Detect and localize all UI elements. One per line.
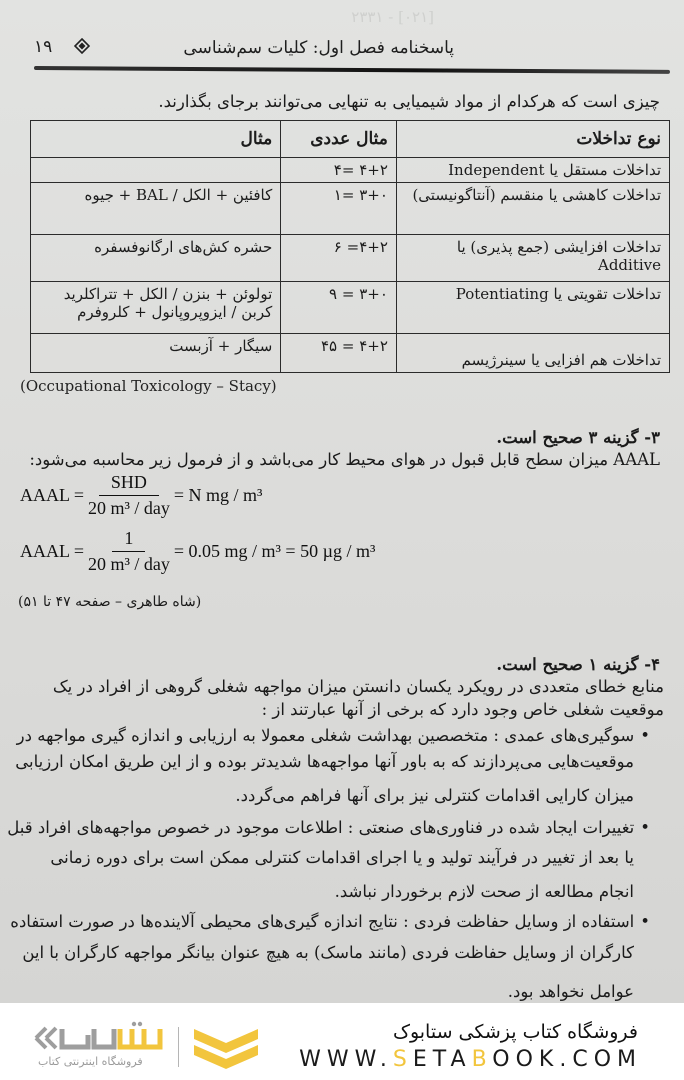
table-citation: (Occupational Toxicology – Stacy) [20,377,277,395]
book-page-photo: [۰۲۱] - ۲۳۳۱ پاسخنامه فصل اول: کلیات سم‌… [0,0,684,1003]
cell-example: سیگار + آزبست [31,334,281,373]
eq1-rhs: = N mg / m³ [174,485,263,506]
cell-numeric: ۳+۰ =۱ [281,183,397,235]
eq2-numerator: 1 [112,528,145,552]
bullet-line: یا بعد از تغییر در فرآیند تولید و یا اجر… [50,848,634,867]
bullet-line: تغییرات ایجاد شده در فناوری‌های صنعتی : … [7,818,650,837]
header-example: مثال [31,121,281,158]
cell-numeric: ۴+۲= ۶ [281,235,397,282]
table-row: تداخلات تقویتی یا Potentiating ۳+۰ = ۹ ت… [31,282,670,334]
cell-numeric: ۴+۲ = ۴۵ [281,334,397,373]
eq2-rhs: = 0.05 mg / m³ = 50 µg / m³ [174,541,375,562]
interactions-table: نوع تداخلات مثال عددی مثال تداخلات مستقل… [30,120,670,373]
header-rule [34,66,670,74]
table-row: تداخلات افزایشی (جمع پذیری) یا Additive … [31,235,670,282]
cell-type: تداخلات مستقل یا Independent [396,158,669,183]
bullet-line: انجام مطالعه از صحت لازم برخوردار نباشد. [335,882,634,901]
bullet-line: سوگیری‌های عمدی : متخصصین بهداشت شغلی مع… [17,726,650,745]
cell-example: تولوئن + بنزن / الکل + تتراکلرید کربن / … [31,282,281,334]
cell-example: حشره کش‌های ارگانوفسفره [31,235,281,282]
bullet-line: موقعیت‌هایی می‌پردازند که به باور آنها م… [15,752,634,771]
eq1-lhs: AAAL = [20,485,84,506]
page-header: پاسخنامه فصل اول: کلیات سم‌شناسی ۱۹ [0,34,684,66]
url-part-highlight: S [393,1047,413,1072]
cell-example [31,158,281,183]
answer4-line: موقعیت شغلی خاص وجود دارد که برخی از آنه… [262,700,664,719]
bullet-line: کارگران از وسایل حفاظت فردی (مانند ماسک)… [22,943,634,962]
answer3-heading: ۳- گزینه ۳ صحیح است. [496,428,660,447]
shop-url-link[interactable]: WWW.SETABOOK.COM [299,1047,642,1072]
url-part: OOK.COM [492,1047,642,1072]
chevron-logo-icon [192,1025,260,1073]
bullet-line: عوامل نخواهد بود. [508,982,634,1001]
answer4-heading: ۴- گزینه ۱ صحیح است. [496,655,660,674]
setabook-wordmark-logo [32,1021,172,1055]
page-number: ۱۹ [34,37,52,57]
equation-2: AAAL = 1 20 m³ / day = 0.05 mg / m³ = 50… [20,528,375,575]
eq1-numerator: SHD [99,472,159,496]
table-row: تداخلات کاهشی یا منقسم (آنتاگونیستی) ۳+۰… [31,183,670,235]
url-part: WWW. [299,1047,393,1072]
eq2-denominator: 20 m³ / day [88,552,170,575]
cell-type: تداخلات تقویتی یا Potentiating [396,282,669,334]
answer3-text: AAAL میزان سطح قابل قبول در هوای محیط کا… [29,450,660,469]
cell-type: تداخلات افزایشی (جمع پذیری) یا Additive [396,235,669,282]
diamond-icon [74,38,90,54]
table-header-row: نوع تداخلات مثال عددی مثال [31,121,670,158]
logo-divider [178,1027,179,1067]
bullet-line: استفاده از وسایل حفاظت فردی : نتایج اندا… [10,912,650,931]
chapter-title: پاسخنامه فصل اول: کلیات سم‌شناسی [183,38,454,58]
logo-subtitle: فروشگاه اینترنتی کتاب [38,1055,143,1068]
intro-line: چیزی است که هرکدام از مواد شیمیایی به تن… [158,92,660,111]
eq1-denominator: 20 m³ / day [88,496,170,519]
cell-example: کافئین + الکل / BAL + جیوه [31,183,281,235]
store-footer: فروشگاه اینترنتی کتاب فروشگاه کتاب پزشکی… [0,1003,684,1080]
table-row: تداخلات هم افزایی یا سینرژیسم ۴+۲ = ۴۵ س… [31,334,670,373]
cell-type: تداخلات هم افزایی یا سینرژیسم [396,334,669,373]
bleed-through-text: [۰۲۱] - ۲۳۳۱ [351,8,434,26]
shop-name: فروشگاه کتاب پزشکی ستابوک [393,1021,638,1043]
table-row: تداخلات مستقل یا Independent ۴+۲ =۴ [31,158,670,183]
eq2-lhs: AAAL = [20,541,84,562]
bullet-line: میزان کارایی اقدامات کنترلی نیز برای آنه… [235,786,634,805]
cell-numeric: ۳+۰ = ۹ [281,282,397,334]
cell-type: تداخلات کاهشی یا منقسم (آنتاگونیستی) [396,183,669,235]
answer3-citation: (شاه طاهری – صفحه ۴۷ تا ۵۱) [18,594,201,610]
header-numeric: مثال عددی [281,121,397,158]
answer4-line: منابع خطای متعددی در رویکرد یکسان دانستن… [53,677,664,696]
header-type: نوع تداخلات [396,121,669,158]
eq1-fraction: SHD 20 m³ / day [88,472,170,519]
url-part-highlight: B [472,1047,493,1072]
eq2-fraction: 1 20 m³ / day [88,528,170,575]
cell-numeric: ۴+۲ =۴ [281,158,397,183]
url-part: ETA [413,1047,472,1072]
equation-1: AAAL = SHD 20 m³ / day = N mg / m³ [20,472,262,519]
